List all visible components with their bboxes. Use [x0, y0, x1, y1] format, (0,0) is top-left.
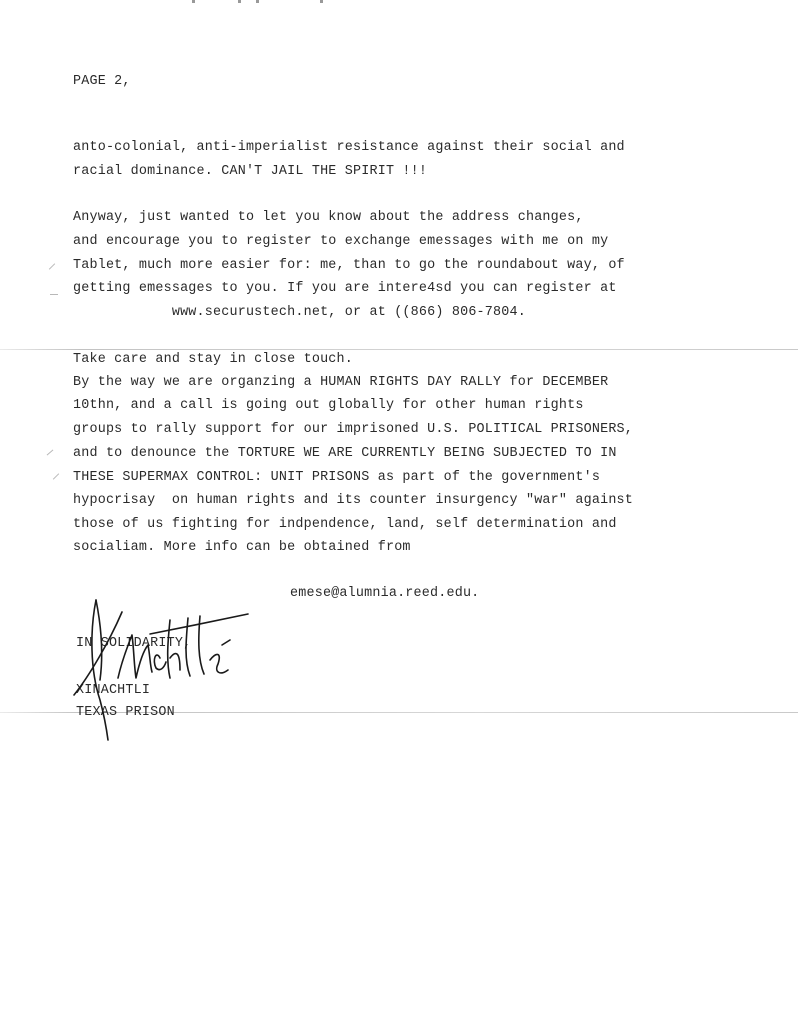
paragraph3-line: 10thn, and a call is going out globally … — [73, 398, 584, 413]
paragraph3-line: hypocrisay on human rights and its count… — [73, 493, 633, 508]
contact-email: emese@alumnia.reed.edu. — [290, 586, 479, 601]
website-phone-line: www.securustech.net, or at ((866) 806-78… — [73, 305, 526, 320]
margin-mark — [53, 473, 59, 479]
handwritten-signature — [60, 590, 280, 750]
paragraph2-line: getting emessages to you. If you are int… — [73, 281, 617, 296]
paragraph3-line: THESE SUPERMAX CONTROL: UNIT PRISONS as … — [73, 470, 600, 485]
paragraph2-line: Tablet, much more easier for: me, than t… — [73, 258, 625, 273]
paragraph3-line: socialiam. More info can be obtained fro… — [73, 540, 411, 555]
paragraph1-line: racial dominance. CAN'T JAIL THE SPIRIT … — [73, 164, 427, 179]
paragraph2-line: Anyway, just wanted to let you know abou… — [73, 210, 584, 225]
paragraph3-line: groups to rally support for our imprison… — [73, 422, 633, 437]
paragraph3-line: Take care and stay in close touch. — [73, 352, 353, 367]
letter-page: PAGE 2, anto-colonial, anti-imperialist … — [0, 0, 798, 1023]
margin-mark — [49, 263, 55, 269]
paragraph1-line: anto-colonial, anti-imperialist resistan… — [73, 140, 625, 155]
paragraph3-line: those of us fighting for indpendence, la… — [73, 517, 617, 532]
top-edge-fragments — [190, 0, 350, 5]
closing: IN SOLIDARITY, — [76, 636, 191, 651]
paragraph2-line: and encourage you to register to exchang… — [73, 234, 608, 249]
paragraph3-line: By the way we are organzing a HUMAN RIGH… — [73, 375, 608, 390]
signer-location: TEXAS PRISON — [76, 705, 175, 720]
paragraph3-line: and to denounce the TORTURE WE ARE CURRE… — [73, 446, 617, 461]
fold-line-upper — [0, 349, 798, 350]
page-header: PAGE 2, — [73, 74, 131, 89]
margin-mark — [47, 450, 54, 456]
signer-name: XINACHTLI — [76, 683, 150, 698]
margin-mark — [50, 294, 58, 295]
